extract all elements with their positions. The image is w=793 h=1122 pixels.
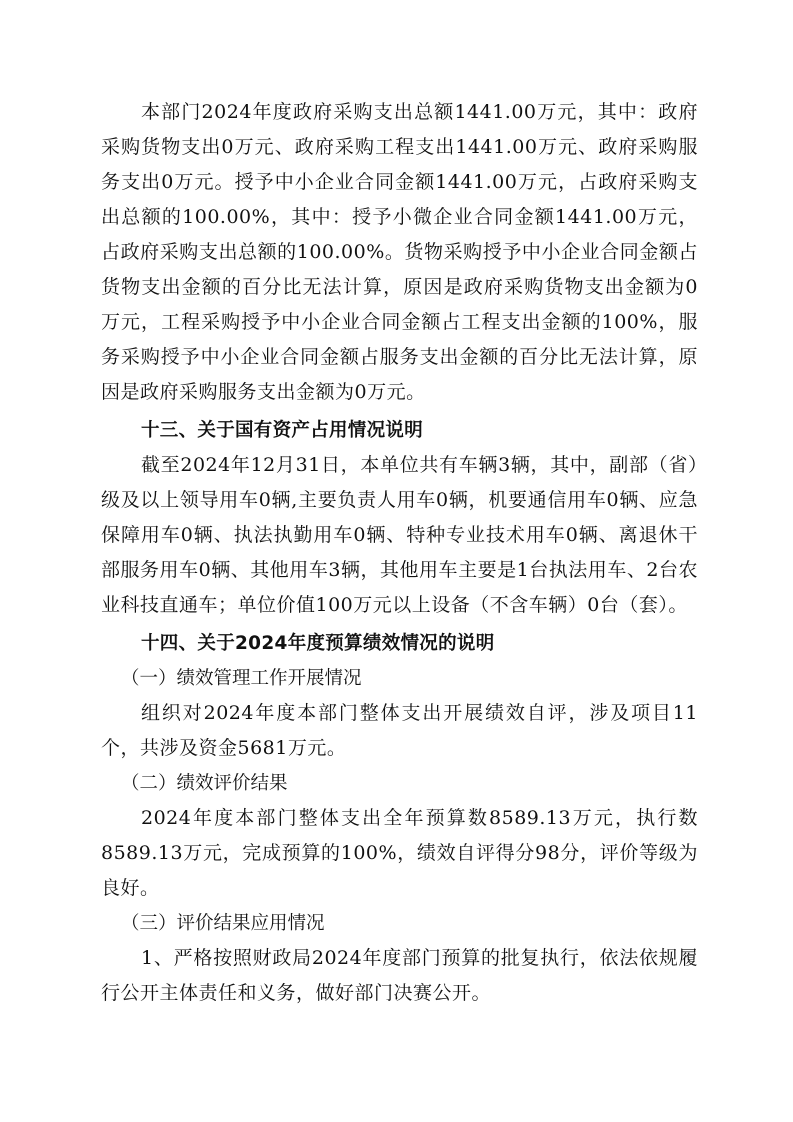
paragraph-procurement: 本部门2024年度政府采购支出总额1441.00万元，其中：政府采购货物支出0万… bbox=[101, 95, 698, 410]
subsection-3-heading: （三）评价结果应用情况 bbox=[101, 906, 698, 941]
paragraph-performance-management: 组织对2024年度本部门整体支出开展绩效自评，涉及项目11个，共涉及资金5681… bbox=[101, 696, 698, 766]
paragraph-results-application: 1、严格按照财政局2024年度部门预算的批复执行，依法依规履行公开主体责任和义务… bbox=[101, 941, 698, 1011]
subsection-1-heading: （一）绩效管理工作开展情况 bbox=[101, 661, 698, 696]
paragraph-evaluation-results: 2024年度本部门整体支出全年预算数8589.13万元，执行数8589.13万元… bbox=[101, 801, 698, 906]
section-13-heading: 十三、关于国有资产占用情况说明 bbox=[101, 413, 698, 448]
section-14-heading: 十四、关于2024年度预算绩效情况的说明 bbox=[101, 626, 698, 661]
subsection-2-heading: （二）绩效评价结果 bbox=[101, 766, 698, 801]
document-page: 本部门2024年度政府采购支出总额1441.00万元，其中：政府采购货物支出0万… bbox=[101, 95, 698, 1011]
paragraph-state-assets: 截至2024年12月31日，本单位共有车辆3辆，其中，副部（省）级及以上领导用车… bbox=[101, 448, 698, 623]
